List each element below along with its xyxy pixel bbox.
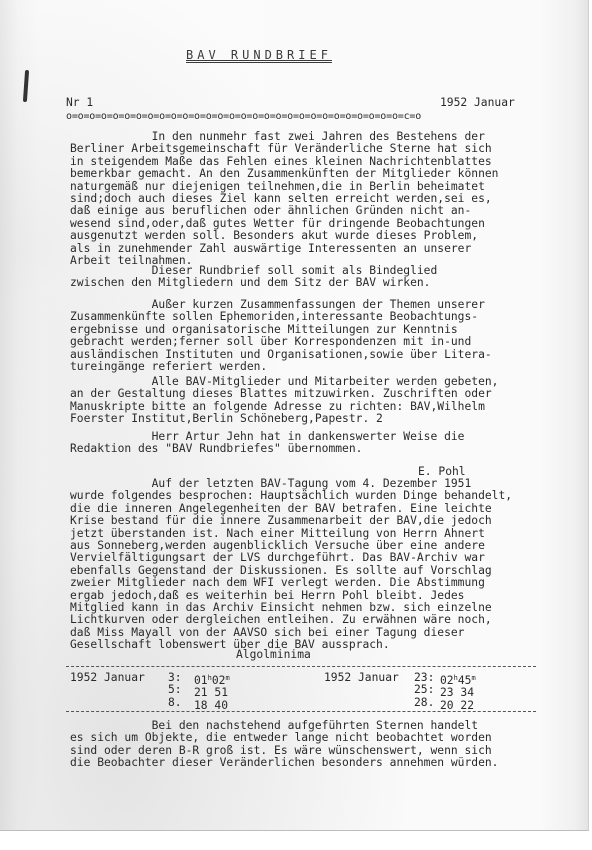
algol-left-times: 01h02m21 5118 40 [194, 672, 230, 712]
algol-right-days: 23:25:28. [414, 672, 434, 709]
scanned-page: BAV RUNDBRIEF Nr 1 1952 Januar o=o=o=o=o… [0, 0, 589, 831]
text-line: zweier Mitglieder nach dem WFI verlegt w… [70, 577, 550, 589]
issue-date: 1952 Januar [440, 96, 515, 109]
algol-left-days: 3:5:8. [168, 672, 182, 709]
text-line: tureingänge referiert werden. [70, 361, 550, 373]
minimum-day: 28. [414, 697, 434, 709]
text-line: Redaktion des "BAV Rundbriefes" übernomm… [70, 443, 550, 455]
minimum-time: 01h02m [194, 672, 230, 687]
text-line: Lichtkurven oder dergleichen entleihen. … [70, 614, 550, 626]
paragraph-contribute: Alle BAV-Mitglieder und Mitarbeiter werd… [70, 376, 550, 426]
text-line: gebracht werden;ferner soll über Korresp… [70, 336, 550, 348]
text-line: es sich um Objekte, die entweder lange n… [70, 732, 550, 744]
algol-right-label: 1952 Januar [324, 672, 399, 684]
text-line: bemerkbar gemacht. An den Zusammenkünfte… [70, 168, 550, 180]
paragraph-contents: Außer kurzen Zusammenfassungen der Theme… [70, 299, 550, 373]
paragraph-editor: Herr Artur Jehn hat in dankenswerter Wei… [70, 431, 550, 456]
minimum-day: 25: [414, 684, 434, 696]
minimum-time: 21 51 [194, 687, 230, 699]
separator-line: o=o=o=o=o=o=o=o=o=o=o=o=o=o=o=o=o=o=o=o=… [66, 110, 421, 123]
minimum-time: 23 34 [440, 687, 476, 699]
document-title: BAV RUNDBRIEF [186, 48, 332, 62]
text-line: Vervielfältigungsart der LVS durchgeführ… [70, 552, 550, 564]
minimum-day: 8. [168, 697, 182, 709]
table-rule-bottom [66, 711, 536, 712]
text-line: die Beobachter dieser Veränderlichen bes… [70, 757, 550, 769]
paragraph-intro: In den nunmehr fast zwei Jahren des Best… [70, 131, 550, 267]
text-line: Zusammenkünfte sollen Ephemoriden,intere… [70, 311, 550, 323]
algol-minima-title: Algolminima [236, 648, 311, 661]
text-line: Foerster Institut,Berlin Schöneberg,Pape… [70, 413, 550, 425]
algol-right-times: 02h45m23 3420 22 [440, 672, 476, 712]
text-line: ausgenutzt werden soll. Besonders akut w… [70, 230, 550, 242]
paragraph-closing: Bei den nachstehend aufgeführten Sternen… [70, 720, 550, 770]
paragraph-purpose: Dieser Rundbrief soll somit als Bindegli… [70, 265, 550, 290]
minimum-time: 02h45m [440, 672, 476, 687]
text-line: daß einige aus beruflichen oder ähnliche… [70, 205, 550, 217]
text-line: zwischen den Mitgliedern und dem Sitz de… [70, 277, 550, 289]
text-line: Berliner Arbeitsgemeinschaft für Verände… [70, 143, 550, 155]
binding-mark [23, 70, 29, 102]
paragraph-meeting: Auf der letzten BAV-Tagung vom 4. Dezemb… [70, 478, 550, 652]
text-line: an der Gestaltung dieses Blattes mitzuwi… [70, 388, 550, 400]
algol-left-label: 1952 Januar [70, 672, 145, 684]
text-line: Krise bestand für die innere Zusammenarb… [70, 515, 550, 527]
table-rule-top [66, 666, 536, 667]
issue-number: Nr 1 [66, 96, 93, 109]
text-line: wurde folgendes besprochen: Hauptsächlic… [70, 490, 550, 502]
minimum-day: 5: [168, 684, 182, 696]
